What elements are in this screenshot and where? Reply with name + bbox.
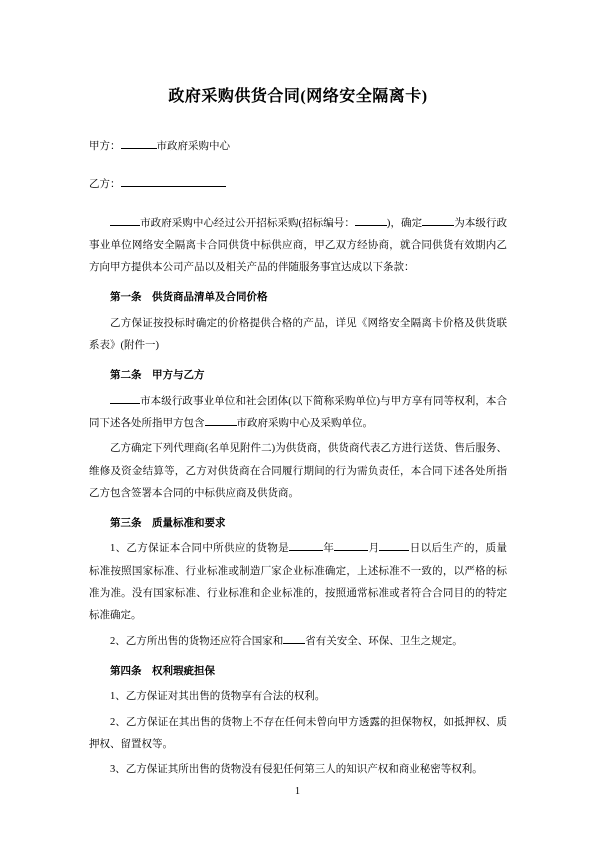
text-run: 日以后生产的，质量标准按照国家标准、行业标准或制造厂家企业标准确定，上述标准不一… xyxy=(89,543,507,621)
paragraph: 乙方： xyxy=(89,174,507,196)
text-run: 2、乙方所出售的货物还应符合国家和 xyxy=(110,636,283,647)
fill-in-blank xyxy=(110,401,140,404)
paragraph: 市政府采购中心经过公开招标采购(招标编号：)，确定为本级行政事业单位网络安全隔离… xyxy=(89,213,507,280)
paragraph: 市本级行政事业单位和社会团体(以下简称采购单位)与甲方享有同等权利，本合同下述各… xyxy=(89,391,507,436)
paragraph: 2、乙方所出售的货物还应符合国家和省有关安全、环保、卫生之规定。 xyxy=(89,631,507,653)
paragraph: 3、乙方保证其所出售的货物没有侵犯任何第三人的知识产权和商业秘密等权利。 xyxy=(89,759,507,781)
fill-in-blank xyxy=(334,548,368,551)
text-run: 2、乙方保证在其出售的货物上不存在任何未曾向甲方透露的担保物权，如抵押权、质押权… xyxy=(89,717,507,750)
page-number: 1 xyxy=(0,786,595,797)
paragraph: 2、乙方保证在其出售的货物上不存在任何未曾向甲方透露的担保物权，如抵押权、质押权… xyxy=(89,712,507,757)
fill-in-blank xyxy=(205,423,237,426)
text-run: 乙方保证按投标时确定的价格提供合格的产品，详见《网络安全隔离卡价格及供货联系表》… xyxy=(89,318,507,351)
document-page: 政府采购供货合同(网络安全隔离卡) 甲方：市政府采购中心乙方：市政府采购中心经过… xyxy=(0,0,595,841)
text-run: 乙方： xyxy=(89,179,121,190)
fill-in-blank xyxy=(121,146,157,149)
paragraph: 甲方：市政府采购中心 xyxy=(89,136,507,158)
text-run: 第一条 供货商品清单及合同价格 xyxy=(110,292,268,303)
paragraph: 乙方保证按投标时确定的价格提供合格的产品，详见《网络安全隔离卡价格及供货联系表》… xyxy=(89,313,507,358)
fill-in-blank xyxy=(121,184,226,187)
clause-heading: 第一条 供货商品清单及合同价格 xyxy=(89,287,507,309)
text-run: 市政府采购中心及采购单位。 xyxy=(237,418,374,429)
paragraph: 1、乙方保证对其出售的货物享有合法的权利。 xyxy=(89,686,507,708)
fill-in-blank xyxy=(289,548,323,551)
fill-in-blank xyxy=(283,641,305,644)
fill-in-blank xyxy=(355,223,387,226)
text-run: 月 xyxy=(368,543,379,554)
text-run: )，确定 xyxy=(387,218,422,229)
text-run: 年 xyxy=(323,543,334,554)
clause-heading: 第四条 权利瑕疵担保 xyxy=(89,661,507,683)
text-run: 第三条 质量标准和要求 xyxy=(110,518,226,529)
clause-heading: 第三条 质量标准和要求 xyxy=(89,513,507,535)
paragraph: 乙方确定下列代理商(名单见附件二)为供货商，供货商代表乙方进行送货、售后服务、维… xyxy=(89,438,507,505)
text-run: 1、乙方保证本合同中所供应的货物是 xyxy=(110,543,289,554)
fill-in-blank xyxy=(379,548,409,551)
fill-in-blank xyxy=(110,223,140,226)
text-run: 1、乙方保证对其出售的货物享有合法的权利。 xyxy=(110,691,325,702)
text-run: 3、乙方保证其所出售的货物没有侵犯任何第三人的知识产权和商业秘密等权利。 xyxy=(110,764,483,775)
text-run: 市政府采购中心经过公开招标采购(招标编号： xyxy=(140,218,355,229)
clause-heading: 第二条 甲方与乙方 xyxy=(89,365,507,387)
text-run: 乙方确定下列代理商(名单见附件二)为供货商，供货商代表乙方进行送货、售后服务、维… xyxy=(89,443,507,499)
text-run: 市政府采购中心 xyxy=(157,141,231,152)
text-run: 第二条 甲方与乙方 xyxy=(110,370,205,381)
document-body: 甲方：市政府采购中心乙方：市政府采购中心经过公开招标采购(招标编号：)，确定为本… xyxy=(89,136,507,781)
fill-in-blank xyxy=(422,223,454,226)
text-run: 省有关安全、环保、卫生之规定。 xyxy=(305,636,463,647)
text-run: 第四条 权利瑕疵担保 xyxy=(110,666,215,677)
paragraph: 1、乙方保证本合同中所供应的货物是年月日以后生产的，质量标准按照国家标准、行业标… xyxy=(89,538,507,627)
document-title: 政府采购供货合同(网络安全隔离卡) xyxy=(89,86,507,108)
text-run: 甲方： xyxy=(89,141,121,152)
